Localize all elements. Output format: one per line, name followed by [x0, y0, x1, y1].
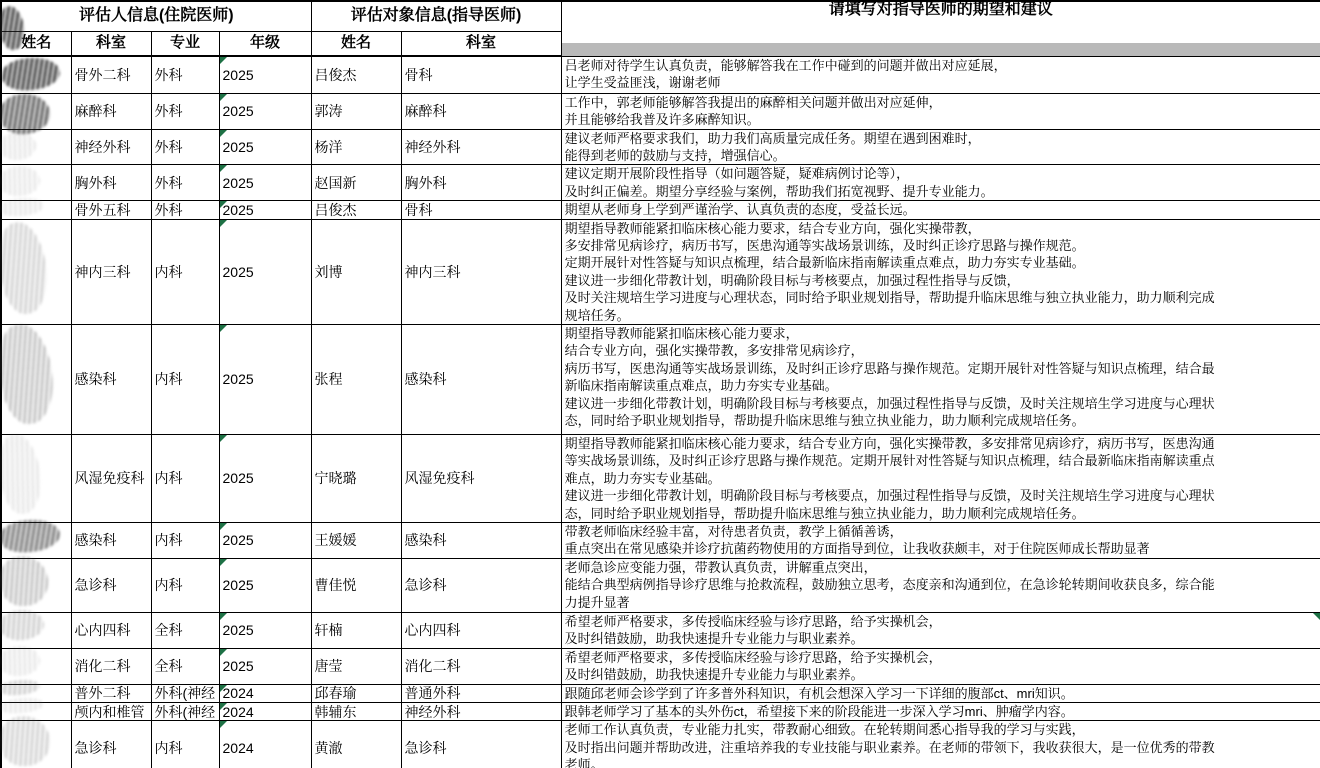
cell-evaluator-major[interactable]: 外科: [151, 56, 219, 93]
cell-target-name[interactable]: 曹佳悦: [311, 558, 401, 612]
col-header-target-dept[interactable]: 科室: [401, 31, 561, 56]
table-row: 心内四科 全科 2025 轩楠 心内四科 希望老师严格要求，多传授临床经验与诊疗…: [1, 612, 1320, 648]
cell-evaluator-grade[interactable]: 2025: [219, 201, 311, 219]
cell-evaluator-grade[interactable]: 2025: [219, 612, 311, 648]
cell-evaluator-dept[interactable]: 心内四科: [71, 612, 151, 648]
cell-comment[interactable]: 期望指导教师能紧扣临床核心能力要求，结合专业方向，强化实操带教， 多安排常见病诊…: [561, 219, 1320, 324]
cell-comment[interactable]: 期望指导教师能紧扣临床核心能力要求， 结合专业方向，强化实操带教，多安排常见病诊…: [561, 324, 1320, 434]
cell-evaluator-grade[interactable]: 2025: [219, 324, 311, 434]
cell-comment[interactable]: 期望指导教师能紧扣临床核心能力要求，结合专业方向，强化实操带教，多安排常见病诊疗…: [561, 434, 1320, 522]
cell-evaluator-grade[interactable]: 2025: [219, 93, 311, 129]
cell-comment[interactable]: 老师工作认真负责，专业能力扎实，带教耐心细致。在轮转期间悉心指导我的学习与实践，…: [561, 721, 1320, 768]
cell-target-dept[interactable]: 急诊科: [401, 558, 561, 612]
table-row: 骨外五科 外科 2025 吕俊杰 骨科 期望从老师身上学到严谨治学、认真负责的态…: [1, 201, 1320, 219]
table-row: 消化二科 全科 2025 唐莹 消化二科 希望老师严格要求，多传授临床经验与诊疗…: [1, 648, 1320, 684]
table-row: 风湿免疫科 内科 2025 宁晓璐 风湿免疫科 期望指导教师能紧扣临床核心能力要…: [1, 434, 1320, 522]
table-row: 急诊科 内科 2024 黄澈 急诊科 老师工作认真负责，专业能力扎实，带教耐心细…: [1, 721, 1320, 768]
cell-evaluator-grade[interactable]: 2024: [219, 684, 311, 702]
cell-flag-triangle-icon: [220, 613, 227, 620]
cell-evaluator-name-redacted[interactable]: [1, 721, 71, 768]
cell-flag-triangle-icon: [220, 57, 227, 64]
cell-target-dept[interactable]: 心内四科: [401, 612, 561, 648]
cell-evaluator-major[interactable]: 外科: [151, 165, 219, 201]
cell-flag-triangle-icon: [220, 325, 227, 332]
grade-text: 2025: [223, 202, 254, 218]
cell-evaluator-major[interactable]: 全科: [151, 648, 219, 684]
grade-text: 2025: [223, 67, 254, 83]
cell-target-name[interactable]: 赵国新: [311, 165, 401, 201]
grade-text: 2025: [223, 371, 254, 387]
cell-target-dept[interactable]: 骨科: [401, 201, 561, 219]
cell-comment[interactable]: 吕老师对待学生认真负责，能够解答我在工作中碰到的问题并做出对应延展， 让学生受益…: [561, 56, 1320, 93]
cell-target-dept[interactable]: 感染科: [401, 523, 561, 559]
cell-flag-triangle-icon: [220, 649, 227, 656]
cell-evaluator-name-redacted[interactable]: [1, 648, 71, 684]
cell-evaluator-dept[interactable]: 消化二科: [71, 648, 151, 684]
cell-target-name[interactable]: 杨洋: [311, 129, 401, 165]
cell-target-name[interactable]: 吕俊杰: [311, 56, 401, 93]
cell-evaluator-major[interactable]: 内科: [151, 721, 219, 768]
cell-target-name[interactable]: 宁晓璐: [311, 434, 401, 522]
cell-comment[interactable]: 跟随邱老师会诊学到了许多普外科知识，有机会想深入学习一下详细的腹部ct、mri知…: [561, 684, 1320, 702]
table-row: 神内三科 内科 2025 刘博 神内三科 期望指导教师能紧扣临床核心能力要求，结…: [1, 219, 1320, 324]
cell-evaluator-dept[interactable]: 颅内和椎管: [71, 703, 151, 721]
cell-comment[interactable]: 建议老师严格要求我们，助力我们高质量完成任务。期望在遇到困难时， 能得到老师的鼓…: [561, 129, 1320, 165]
spreadsheet: 评估人信息(住院医师) 评估对象信息(指导医师) 请填写对指导医师的期望和建议 …: [0, 0, 1320, 768]
cell-evaluator-major[interactable]: 全科: [151, 612, 219, 648]
cell-evaluator-name-redacted[interactable]: [1, 703, 71, 721]
cell-evaluator-dept[interactable]: 骨外五科: [71, 201, 151, 219]
cell-evaluator-grade[interactable]: 2025: [219, 56, 311, 93]
cell-flag-triangle-icon: [220, 523, 227, 530]
table-row: 麻醉科 外科 2025 郭涛 麻醉科 工作中，郭老师能够解答我提出的麻醉相关问题…: [1, 93, 1320, 129]
cell-target-dept[interactable]: 急诊科: [401, 721, 561, 768]
grade-text: 2024: [223, 704, 254, 720]
cell-target-name[interactable]: 韩辅东: [311, 703, 401, 721]
cell-evaluator-grade[interactable]: 2025: [219, 165, 311, 201]
cell-evaluator-dept[interactable]: 胸外科: [71, 165, 151, 201]
evaluation-table: 评估人信息(住院医师) 评估对象信息(指导医师) 请填写对指导医师的期望和建议 …: [0, 0, 1320, 768]
cell-target-dept[interactable]: 风湿免疫科: [401, 434, 561, 522]
cell-evaluator-grade[interactable]: 2025: [219, 648, 311, 684]
col-header-name[interactable]: 姓名: [1, 31, 71, 56]
cell-evaluator-grade[interactable]: 2024: [219, 721, 311, 768]
table-row: 颅内和椎管 外科(神经 2024 韩辅东 神经外科 跟韩老师学习了基本的头外伤c…: [1, 703, 1320, 721]
col-header-grade[interactable]: 年级: [219, 31, 311, 56]
comment-text: 希望老师严格要求，多传授临床经验与诊疗思路，给予实操机会， 及时纠错鼓励，助我快…: [565, 614, 942, 646]
cell-evaluator-major[interactable]: 内科: [151, 434, 219, 522]
cell-evaluator-grade[interactable]: 2025: [219, 129, 311, 165]
cell-evaluator-name-redacted[interactable]: [1, 93, 71, 129]
cell-evaluator-dept[interactable]: 麻醉科: [71, 93, 151, 129]
cell-evaluator-name-redacted[interactable]: [1, 324, 71, 434]
cell-target-dept[interactable]: 神内三科: [401, 219, 561, 324]
grade-text: 2025: [223, 139, 254, 155]
cell-target-name[interactable]: 王媛媛: [311, 523, 401, 559]
cell-evaluator-grade[interactable]: 2025: [219, 523, 311, 559]
cell-target-name[interactable]: 邱春瑜: [311, 684, 401, 702]
cell-evaluator-grade[interactable]: 2025: [219, 558, 311, 612]
cell-target-name[interactable]: 刘博: [311, 219, 401, 324]
cell-target-name[interactable]: 郭涛: [311, 93, 401, 129]
cell-flag-triangle-icon: [220, 703, 227, 710]
grade-text: 2025: [223, 658, 254, 674]
cell-target-dept[interactable]: 神经外科: [401, 703, 561, 721]
table-row: 感染科 内科 2025 张程 感染科 期望指导教师能紧扣临床核心能力要求， 结合…: [1, 324, 1320, 434]
grade-text: 2025: [223, 532, 254, 548]
cell-flag-triangle-icon: [220, 94, 227, 101]
cell-target-dept[interactable]: 神经外科: [401, 129, 561, 165]
cell-target-dept[interactable]: 消化二科: [401, 648, 561, 684]
table-row: 骨外二科 外科 2025 吕俊杰 骨科 吕老师对待学生认真负责，能够解答我在工作…: [1, 56, 1320, 93]
cell-target-name[interactable]: 轩楠: [311, 612, 401, 648]
table-row: 感染科 内科 2025 王媛媛 感染科 带教老师临床经验丰富，对待患者负责，教学…: [1, 523, 1320, 559]
header-comment[interactable]: 请填写对指导医师的期望和建议: [561, 1, 1320, 56]
cell-evaluator-major[interactable]: 内科: [151, 324, 219, 434]
cell-evaluator-name-redacted[interactable]: [1, 129, 71, 165]
cell-target-dept[interactable]: 麻醉科: [401, 93, 561, 129]
cell-target-dept[interactable]: 普通外科: [401, 684, 561, 702]
cell-target-name[interactable]: 唐莹: [311, 648, 401, 684]
cell-comment[interactable]: 工作中，郭老师能够解答我提出的麻醉相关问题并做出对应延伸， 并且能够给我普及许多…: [561, 93, 1320, 129]
cell-evaluator-major[interactable]: 外科: [151, 93, 219, 129]
cell-evaluator-name-redacted[interactable]: [1, 523, 71, 559]
col-header-dept[interactable]: 科室: [71, 31, 151, 56]
cell-evaluator-major[interactable]: 外科: [151, 129, 219, 165]
cell-comment[interactable]: 带教老师临床经验丰富，对待患者负责，教学上循循善诱， 重点突出在常见感染并诊疗抗…: [561, 523, 1320, 559]
cell-flag-triangle-icon: [220, 721, 227, 728]
cell-comment[interactable]: 跟韩老师学习了基本的头外伤ct，希望接下来的阶段能进一步深入学习mri、肿瘤学内…: [561, 703, 1320, 721]
cell-flag-triangle-icon: [220, 559, 227, 566]
cell-target-name[interactable]: 黄澈: [311, 721, 401, 768]
cell-evaluator-name-redacted[interactable]: [1, 165, 71, 201]
cell-flag-triangle-icon: [220, 220, 227, 227]
cell-evaluator-dept[interactable]: 急诊科: [71, 721, 151, 768]
cell-comment[interactable]: 希望老师严格要求，多传授临床经验与诊疗思路，给予实操机会， 及时纠错鼓励，助我快…: [561, 612, 1320, 648]
cell-target-name[interactable]: 张程: [311, 324, 401, 434]
cell-evaluator-name-redacted[interactable]: [1, 201, 71, 219]
table-row: 胸外科 外科 2025 赵国新 胸外科 建议定期开展阶段性指导（如问题答疑，疑难…: [1, 165, 1320, 201]
cell-evaluator-name-redacted[interactable]: [1, 56, 71, 93]
cell-evaluator-name-redacted[interactable]: [1, 684, 71, 702]
grade-text: 2025: [223, 264, 254, 280]
cell-evaluator-major[interactable]: 内科: [151, 523, 219, 559]
cell-evaluator-grade[interactable]: 2024: [219, 703, 311, 721]
cell-flag-triangle-icon: [220, 130, 227, 137]
cell-target-dept[interactable]: 感染科: [401, 324, 561, 434]
header-evaluator-group[interactable]: 评估人信息(住院医师): [1, 1, 311, 31]
grade-text: 2024: [223, 740, 254, 756]
grade-text: 2025: [223, 175, 254, 191]
cell-evaluator-name-redacted[interactable]: [1, 558, 71, 612]
table-row: 神经外科 外科 2025 杨洋 神经外科 建议老师严格要求我们，助力我们高质量完…: [1, 129, 1320, 165]
cell-evaluator-name-redacted[interactable]: [1, 434, 71, 522]
cell-flag-triangle-icon: [220, 435, 227, 442]
cell-target-dept[interactable]: 骨科: [401, 56, 561, 93]
grade-text: 2025: [223, 103, 254, 119]
cell-evaluator-name-redacted[interactable]: [1, 219, 71, 324]
cell-comment[interactable]: 老师急诊应变能力强，带教认真负责，讲解重点突出， 能结合典型病例指导诊疗思维与抢…: [561, 558, 1320, 612]
cell-flag-triangle-icon: [1313, 613, 1320, 620]
col-header-target-name[interactable]: 姓名: [311, 31, 401, 56]
table-row: 急诊科 内科 2025 曹佳悦 急诊科 老师急诊应变能力强，带教认真负责，讲解重…: [1, 558, 1320, 612]
cell-evaluator-dept[interactable]: 神内三科: [71, 219, 151, 324]
cell-comment[interactable]: 期望从老师身上学到严谨治学、认真负责的态度，受益长远。: [561, 201, 1320, 219]
cell-evaluator-major[interactable]: 外科(神经: [151, 684, 219, 702]
col-header-major[interactable]: 专业: [151, 31, 219, 56]
cell-evaluator-dept[interactable]: 神经外科: [71, 129, 151, 165]
cell-evaluator-major[interactable]: 外科: [151, 201, 219, 219]
cell-flag-triangle-icon: [220, 201, 227, 208]
cell-evaluator-major[interactable]: 内科: [151, 219, 219, 324]
cell-comment[interactable]: 希望老师严格要求，多传授临床经验与诊疗思路，给予实操机会， 及时纠错鼓励，助我快…: [561, 648, 1320, 684]
cell-evaluator-dept[interactable]: 风湿免疫科: [71, 434, 151, 522]
header-target-group[interactable]: 评估对象信息(指导医师): [311, 1, 561, 31]
table-row: 普外二科 外科(神经 2024 邱春瑜 普通外科 跟随邱老师会诊学到了许多普外科…: [1, 684, 1320, 702]
cell-evaluator-major[interactable]: 外科(神经: [151, 703, 219, 721]
cell-evaluator-name-redacted[interactable]: [1, 612, 71, 648]
grade-text: 2025: [223, 470, 254, 486]
grade-text: 2025: [223, 622, 254, 638]
cell-evaluator-dept[interactable]: 感染科: [71, 324, 151, 434]
cell-flag-triangle-icon: [220, 165, 227, 172]
cell-comment[interactable]: 建议定期开展阶段性指导（如问题答疑，疑难病例讨论等）， 及时纠正偏差。期望分享经…: [561, 165, 1320, 201]
cell-evaluator-dept[interactable]: 普外二科: [71, 684, 151, 702]
grade-text: 2024: [223, 685, 254, 701]
cell-evaluator-dept[interactable]: 急诊科: [71, 558, 151, 612]
cell-evaluator-major[interactable]: 内科: [151, 558, 219, 612]
cell-flag-triangle-icon: [220, 685, 227, 692]
cell-evaluator-dept[interactable]: 骨外二科: [71, 56, 151, 93]
grade-text: 2025: [223, 577, 254, 593]
cell-target-dept[interactable]: 胸外科: [401, 165, 561, 201]
cell-evaluator-dept[interactable]: 感染科: [71, 523, 151, 559]
cell-evaluator-grade[interactable]: 2025: [219, 434, 311, 522]
cell-target-name[interactable]: 吕俊杰: [311, 201, 401, 219]
header-group-row: 评估人信息(住院医师) 评估对象信息(指导医师) 请填写对指导医师的期望和建议: [1, 1, 1320, 31]
cell-evaluator-grade[interactable]: 2025: [219, 219, 311, 324]
